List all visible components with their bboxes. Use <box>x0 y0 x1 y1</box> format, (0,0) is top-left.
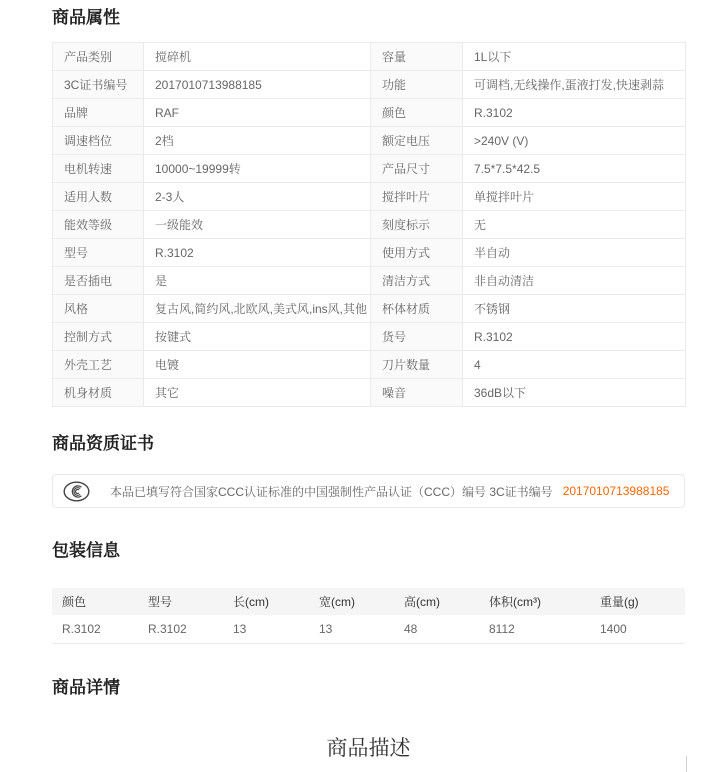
packaging-cell: R.3102 <box>138 615 223 643</box>
packaging-header: 宽(cm) <box>309 588 394 615</box>
attr-label: 调速档位 <box>53 127 144 155</box>
attributes-table: 产品类别 搅碎机 容量 1L以下 3C证书编号 2017010713988185… <box>52 42 686 407</box>
attr-label: 机身材质 <box>53 379 144 407</box>
table-row: 3C证书编号 2017010713988185 功能 可调档,无线操作,蛋液打发… <box>53 71 686 99</box>
certificate-number-link[interactable]: 2017010713988185 <box>563 484 670 498</box>
attr-label: 品牌 <box>53 99 144 127</box>
attr-label: 能效等级 <box>53 211 144 239</box>
packaging-cell: 13 <box>309 615 394 643</box>
table-row: 调速档位 2档 额定电压 >240V (V) <box>53 127 686 155</box>
table-row: 品牌 RAF 颜色 R.3102 <box>53 99 686 127</box>
detail-section-title: 商品详情 <box>52 677 685 699</box>
attr-value: 单搅拌叶片 <box>463 183 686 211</box>
attr-label: 颜色 <box>371 99 463 127</box>
product-description-title: 商品描述 <box>52 735 685 762</box>
table-row: 型号 R.3102 使用方式 半自动 <box>53 239 686 267</box>
table-row: R.3102 R.3102 13 13 48 8112 1400 <box>52 615 685 643</box>
attr-label: 清洁方式 <box>371 267 463 295</box>
attr-value: 是 <box>144 267 371 295</box>
attr-label: 刻度标示 <box>371 211 463 239</box>
packaging-section-title: 包装信息 <box>52 540 685 562</box>
packaging-header: 长(cm) <box>223 588 309 615</box>
table-row: 风格 复古风,简约风,北欧风,美式风,ins风,其他 杯体材质 不锈钢 <box>53 295 686 323</box>
attr-label: 噪音 <box>371 379 463 407</box>
table-row: 外壳工艺 电镀 刀片数量 4 <box>53 351 686 379</box>
attr-value: >240V (V) <box>463 127 686 155</box>
attr-label: 产品尺寸 <box>371 155 463 183</box>
table-row: 机身材质 其它 噪音 36dB以下 <box>53 379 686 407</box>
attr-value: 4 <box>463 351 686 379</box>
table-row: 电机转速 10000~19999转 产品尺寸 7.5*7.5*42.5 <box>53 155 686 183</box>
attr-value: 2档 <box>144 127 371 155</box>
attr-label: 刀片数量 <box>371 351 463 379</box>
attr-value: 半自动 <box>463 239 686 267</box>
packaging-cell: 48 <box>394 615 479 643</box>
attr-value: 2017010713988185 <box>144 71 371 99</box>
table-row: 是否插电 是 清洁方式 非自动清洁 <box>53 267 686 295</box>
attr-value: 电镀 <box>144 351 371 379</box>
ccc-certification-icon <box>63 481 90 502</box>
attr-value: 2-3人 <box>144 183 371 211</box>
attr-value: 按键式 <box>144 323 371 351</box>
packaging-table: 颜色 型号 长(cm) 宽(cm) 高(cm) 体积(cm³) 重量(g) R.… <box>52 588 685 644</box>
attributes-section-title: 商品属性 <box>52 7 685 29</box>
table-row: 产品类别 搅碎机 容量 1L以下 <box>53 43 686 71</box>
packaging-header: 颜色 <box>52 588 138 615</box>
attr-value: 其它 <box>144 379 371 407</box>
attr-value: R.3102 <box>463 323 686 351</box>
attr-value: 7.5*7.5*42.5 <box>463 155 686 183</box>
packaging-header-row: 颜色 型号 长(cm) 宽(cm) 高(cm) 体积(cm³) 重量(g) <box>52 588 685 615</box>
attr-value: R.3102 <box>144 239 371 267</box>
table-row: 适用人数 2-3人 搅拌叶片 单搅拌叶片 <box>53 183 686 211</box>
certificate-section-title: 商品资质证书 <box>52 433 685 455</box>
packaging-header: 高(cm) <box>394 588 479 615</box>
attr-value: 复古风,简约风,北欧风,美式风,ins风,其他 <box>144 295 371 323</box>
attr-value: 不锈钢 <box>463 295 686 323</box>
packaging-cell: 1400 <box>590 615 685 643</box>
table-row: 能效等级 一级能效 刻度标示 无 <box>53 211 686 239</box>
attr-value: 可调档,无线操作,蛋液打发,快速剥蒜 <box>463 71 686 99</box>
packaging-cell: R.3102 <box>52 615 138 643</box>
attr-label: 产品类别 <box>53 43 144 71</box>
attr-value: R.3102 <box>463 99 686 127</box>
attr-value: 搅碎机 <box>144 43 371 71</box>
attr-label: 功能 <box>371 71 463 99</box>
packaging-header: 型号 <box>138 588 223 615</box>
attr-label: 是否插电 <box>53 267 144 295</box>
attr-value: 无 <box>463 211 686 239</box>
packaging-cell: 13 <box>223 615 309 643</box>
attr-label: 控制方式 <box>53 323 144 351</box>
certificate-box: 本品已填写符合国家CCC认证标准的中国强制性产品认证（CCC）编号 3C证书编号… <box>52 474 685 508</box>
attr-value: 一级能效 <box>144 211 371 239</box>
attr-label: 型号 <box>53 239 144 267</box>
attr-value: 36dB以下 <box>463 379 686 407</box>
attr-label: 货号 <box>371 323 463 351</box>
attr-label: 搅拌叶片 <box>371 183 463 211</box>
attr-value: 非自动清洁 <box>463 267 686 295</box>
attr-label: 适用人数 <box>53 183 144 211</box>
packaging-header: 体积(cm³) <box>479 588 590 615</box>
product-detail-page: 商品属性 产品类别 搅碎机 容量 1L以下 3C证书编号 20170107139… <box>0 7 704 762</box>
packaging-cell: 8112 <box>479 615 590 643</box>
attr-value: RAF <box>144 99 371 127</box>
table-row: 控制方式 按键式 货号 R.3102 <box>53 323 686 351</box>
attr-label: 额定电压 <box>371 127 463 155</box>
certificate-statement: 本品已填写符合国家CCC认证标准的中国强制性产品认证（CCC）编号 3C证书编号 <box>110 483 553 500</box>
attr-label: 杯体材质 <box>371 295 463 323</box>
attr-label: 容量 <box>371 43 463 71</box>
attr-label: 电机转速 <box>53 155 144 183</box>
scrollbar-fragment <box>686 756 687 772</box>
packaging-header: 重量(g) <box>590 588 685 615</box>
attr-label: 3C证书编号 <box>53 71 144 99</box>
attr-value: 1L以下 <box>463 43 686 71</box>
attr-label: 风格 <box>53 295 144 323</box>
attr-label: 使用方式 <box>371 239 463 267</box>
attr-label: 外壳工艺 <box>53 351 144 379</box>
attr-value: 10000~19999转 <box>144 155 371 183</box>
